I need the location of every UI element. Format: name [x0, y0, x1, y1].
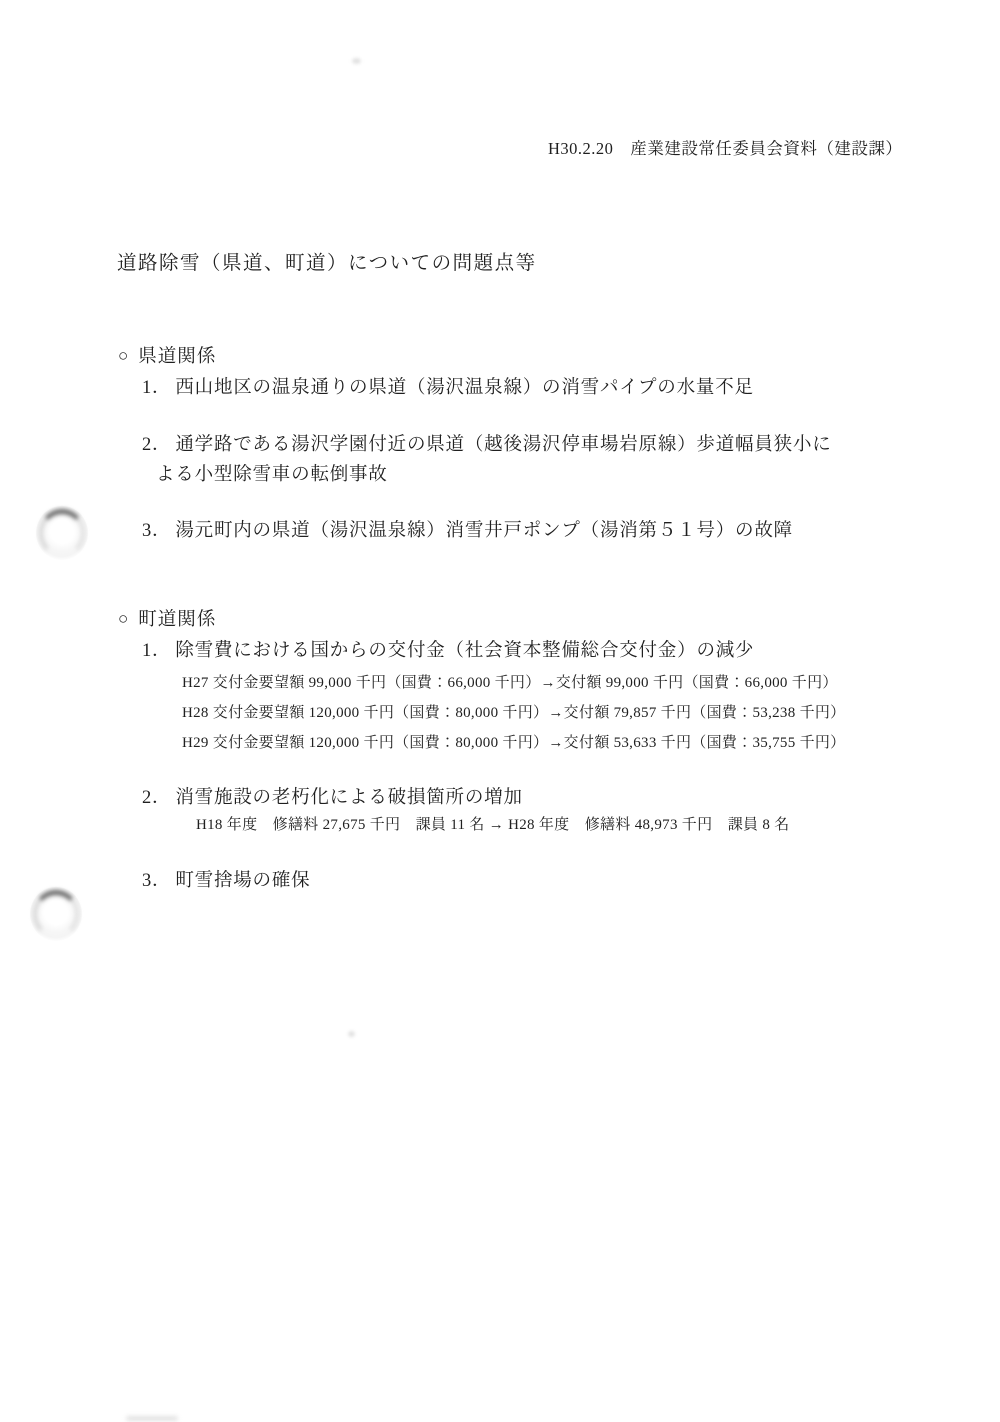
list-item-continuation: よる小型除雪車の転倒事故: [156, 460, 388, 486]
item-number: 2．: [142, 435, 171, 455]
item-number: 3．: [142, 871, 171, 891]
detail-line-h27: H27 交付金要望額 99,000 千円（国費：66,000 千円）→交付額 9…: [182, 671, 838, 692]
scan-speck: [348, 1031, 355, 1037]
circle-marker: ○: [118, 346, 129, 365]
scan-speck: [352, 58, 361, 64]
punch-hole-top: [36, 506, 88, 560]
detail-line-h28: H28 交付金要望額 120,000 千円（国費：80,000 千円）→交付額 …: [182, 701, 846, 722]
document-header: H30.2.20産業建設常任委員会資料（建設課）: [548, 135, 902, 159]
scan-smudge: [126, 1416, 178, 1421]
punch-hole-bottom: [30, 887, 82, 941]
section-heading-label: 県道関係: [138, 347, 216, 367]
document-title: 道路除雪（県道、町道）についての問題点等: [117, 247, 537, 275]
item-text: 通学路である湯沢学園付近の県道（越後湯沢停車場岩原線）歩道幅員狭小に: [175, 435, 831, 455]
detail-line-h18: H18 年度 修繕料 27,675 千円 課員 11 名 → H28 年度 修繕…: [196, 813, 790, 834]
item-text: 除雪費における国からの交付金（社会資本整備総合交付金）の減少: [175, 641, 754, 661]
list-item: 1．除雪費における国からの交付金（社会資本整備総合交付金）の減少: [142, 636, 754, 662]
item-number: 2．: [142, 788, 171, 808]
section-heading-kendo: ○県道関係: [118, 342, 216, 368]
list-item: 3．湯元町内の県道（湯沢温泉線）消雪井戸ポンプ（湯消第５１号）の故障: [142, 516, 793, 542]
item-text: 消雪施設の老朽化による破損箇所の増加: [175, 788, 522, 808]
item-number: 1．: [142, 641, 171, 661]
header-date: H30.2.20: [548, 139, 613, 158]
item-text: 町雪捨場の確保: [175, 871, 310, 891]
item-number: 3．: [142, 521, 171, 541]
list-item: 3．町雪捨場の確保: [142, 866, 310, 892]
item-text: 湯元町内の県道（湯沢温泉線）消雪井戸ポンプ（湯消第５１号）の故障: [175, 521, 793, 541]
list-item: 2．消雪施設の老朽化による破損箇所の増加: [142, 783, 523, 809]
section-heading-chodo: ○町道関係: [118, 605, 216, 631]
item-text: 西山地区の温泉通りの県道（湯沢温泉線）の消雪パイプの水量不足: [175, 378, 753, 398]
detail-line-h29: H29 交付金要望額 120,000 千円（国費：80,000 千円）→交付額 …: [182, 731, 846, 752]
header-title: 産業建設常任委員会資料（建設課）: [630, 139, 902, 158]
scanned-document-page: H30.2.20産業建設常任委員会資料（建設課） 道路除雪（県道、町道）について…: [0, 0, 1000, 1422]
item-number: 1．: [142, 378, 171, 398]
circle-marker: ○: [118, 609, 129, 628]
list-item: 1．西山地区の温泉通りの県道（湯沢温泉線）の消雪パイプの水量不足: [142, 373, 754, 399]
list-item: 2．通学路である湯沢学園付近の県道（越後湯沢停車場岩原線）歩道幅員狭小に: [142, 430, 832, 456]
section-heading-label: 町道関係: [138, 610, 216, 630]
